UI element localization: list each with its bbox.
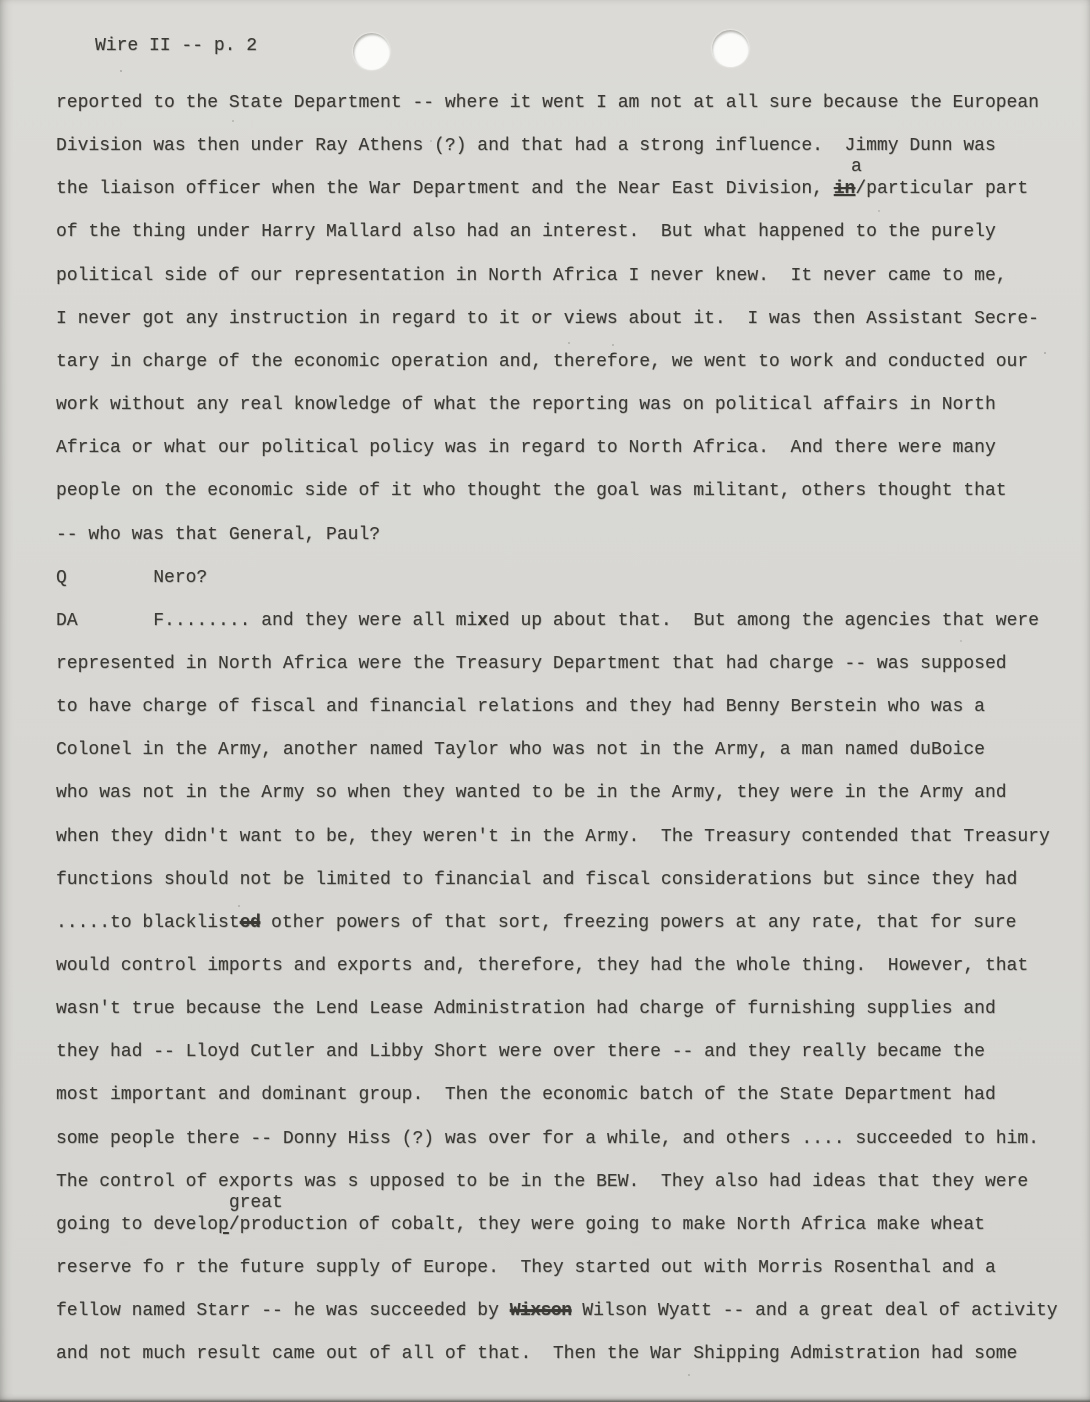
text-line-7: tary in charge of the economic operation… — [56, 351, 1028, 373]
text-line-16: Colonel in the Army, another named Taylo… — [56, 739, 985, 761]
text-segment: fellow named Starr -- he was succeeded b… — [56, 1301, 510, 1321]
text-segment: .....to blacklist — [56, 913, 240, 933]
text-line-19: functions should not be limited to finan… — [56, 869, 1017, 891]
text-segment: and not much result came out of all of t… — [56, 1344, 1017, 1364]
text-segment: other powers of that sort, freezing powe… — [260, 913, 1016, 933]
text-segment: The control of exports was s upposed to … — [56, 1172, 1028, 1192]
text-line-29: fellow named Starr -- he was succeeded b… — [56, 1300, 1058, 1322]
text-line-30: and not much result came out of all of t… — [56, 1343, 1017, 1365]
text-segment: political side of our representation in … — [56, 266, 1007, 286]
interline-insertion: great — [229, 1192, 283, 1214]
text-segment-strike: Wixson — [510, 1301, 572, 1321]
text-line-21: would control imports and exports and, t… — [56, 955, 1028, 977]
text-segment: work without any real knowledge of what … — [56, 395, 996, 415]
text-line-9: Africa or what our political policy was … — [56, 437, 996, 459]
text-line-1: reported to the State Department -- wher… — [56, 92, 1039, 114]
text-segment: most important and dominant group. Then … — [56, 1085, 996, 1105]
document-text: reported to the State Department -- wher… — [56, 0, 1066, 1402]
text-segment: to have charge of fiscal and financial r… — [56, 697, 985, 717]
text-line-4: of the thing under Harry Mallard also ha… — [56, 221, 996, 243]
text-line-6: I never got any instruction in regard to… — [56, 308, 1039, 330]
document-page: Wire II -- p. 2 reported to the State De… — [0, 0, 1090, 1402]
text-segment: would control imports and exports and, t… — [56, 956, 1028, 976]
text-line-12: Q Nero? — [56, 567, 207, 589]
text-segment: they had -- Lloyd Cutler and Libby Short… — [56, 1042, 985, 1062]
text-line-22: wasn't true because the Lend Lease Admin… — [56, 998, 996, 1020]
text-segment: some people there -- Donny Hiss (?) was … — [56, 1129, 1039, 1149]
text-segment: Wilson Wyatt -- and a great deal of acti… — [572, 1301, 1058, 1321]
text-segment: tary in charge of the economic operation… — [56, 352, 1028, 372]
text-line-18: when they didn't want to be, they weren'… — [56, 826, 1050, 848]
text-segment: people on the economic side of it who th… — [56, 481, 1007, 501]
text-segment: I never got any instruction in regard to… — [56, 309, 1039, 329]
text-segment: Colonel in the Army, another named Taylo… — [56, 740, 985, 760]
text-line-17: who was not in the Army so when they wan… — [56, 782, 1007, 804]
text-line-8: work without any real knowledge of what … — [56, 394, 996, 416]
text-segment: reported to the State Department -- wher… — [56, 93, 1039, 113]
text-line-11: -- who was that General, Paul? — [56, 524, 380, 546]
text-segment-underline: p — [218, 1215, 229, 1235]
text-segment: the liaison officer when the War Departm… — [56, 179, 834, 199]
text-segment-bold: x — [477, 611, 488, 631]
text-line-24: most important and dominant group. Then … — [56, 1084, 996, 1106]
text-segment: /production of cobalt, they were going t… — [229, 1215, 985, 1235]
text-line-5: political side of our representation in … — [56, 265, 1007, 287]
text-line-15: to have charge of fiscal and financial r… — [56, 696, 985, 718]
text-line-13: DA F........ and they were all mixed up … — [56, 610, 1039, 632]
text-segment-strike: ed — [240, 913, 261, 933]
text-line-27: going to develop/production of cobalt, t… — [56, 1214, 985, 1236]
text-segment: reserve fo r the future supply of Europe… — [56, 1258, 996, 1278]
text-line-23: they had -- Lloyd Cutler and Libby Short… — [56, 1041, 985, 1063]
text-segment: Q Nero? — [56, 568, 207, 588]
text-segment: Africa or what our political policy was … — [56, 438, 996, 458]
text-segment: when they didn't want to be, they weren'… — [56, 827, 1050, 847]
text-segment: /particular part — [855, 179, 1028, 199]
text-line-2: Division was then under Ray Athens (?) a… — [56, 135, 996, 157]
text-line-26: The control of exports was s upposed to … — [56, 1171, 1028, 1193]
text-line-10: people on the economic side of it who th… — [56, 480, 1007, 502]
text-segment: functions should not be limited to finan… — [56, 870, 1017, 890]
paper-specks — [0, 0, 2, 2]
text-segment: -- who was that General, Paul? — [56, 525, 380, 545]
text-segment: wasn't true because the Lend Lease Admin… — [56, 999, 996, 1019]
text-segment: represented in North Africa were the Tre… — [56, 654, 1007, 674]
text-line-3: the liaison officer when the War Departm… — [56, 178, 1028, 200]
text-line-28: reserve fo r the future supply of Europe… — [56, 1257, 996, 1279]
text-segment: who was not in the Army so when they wan… — [56, 783, 1007, 803]
text-line-14: represented in North Africa were the Tre… — [56, 653, 1007, 675]
text-segment: DA F........ and they were all mi — [56, 611, 477, 631]
interline-insertion: a — [851, 156, 862, 178]
text-segment: ed up about that. But among the agencies… — [488, 611, 1039, 631]
text-line-25: some people there -- Donny Hiss (?) was … — [56, 1128, 1039, 1150]
text-segment: Division was then under Ray Athens (?) a… — [56, 136, 996, 156]
text-line-20: .....to blacklisted other powers of that… — [56, 912, 1016, 934]
text-segment: going to develo — [56, 1215, 218, 1235]
text-segment-strike-underline: in — [834, 179, 856, 199]
text-segment: of the thing under Harry Mallard also ha… — [56, 222, 996, 242]
